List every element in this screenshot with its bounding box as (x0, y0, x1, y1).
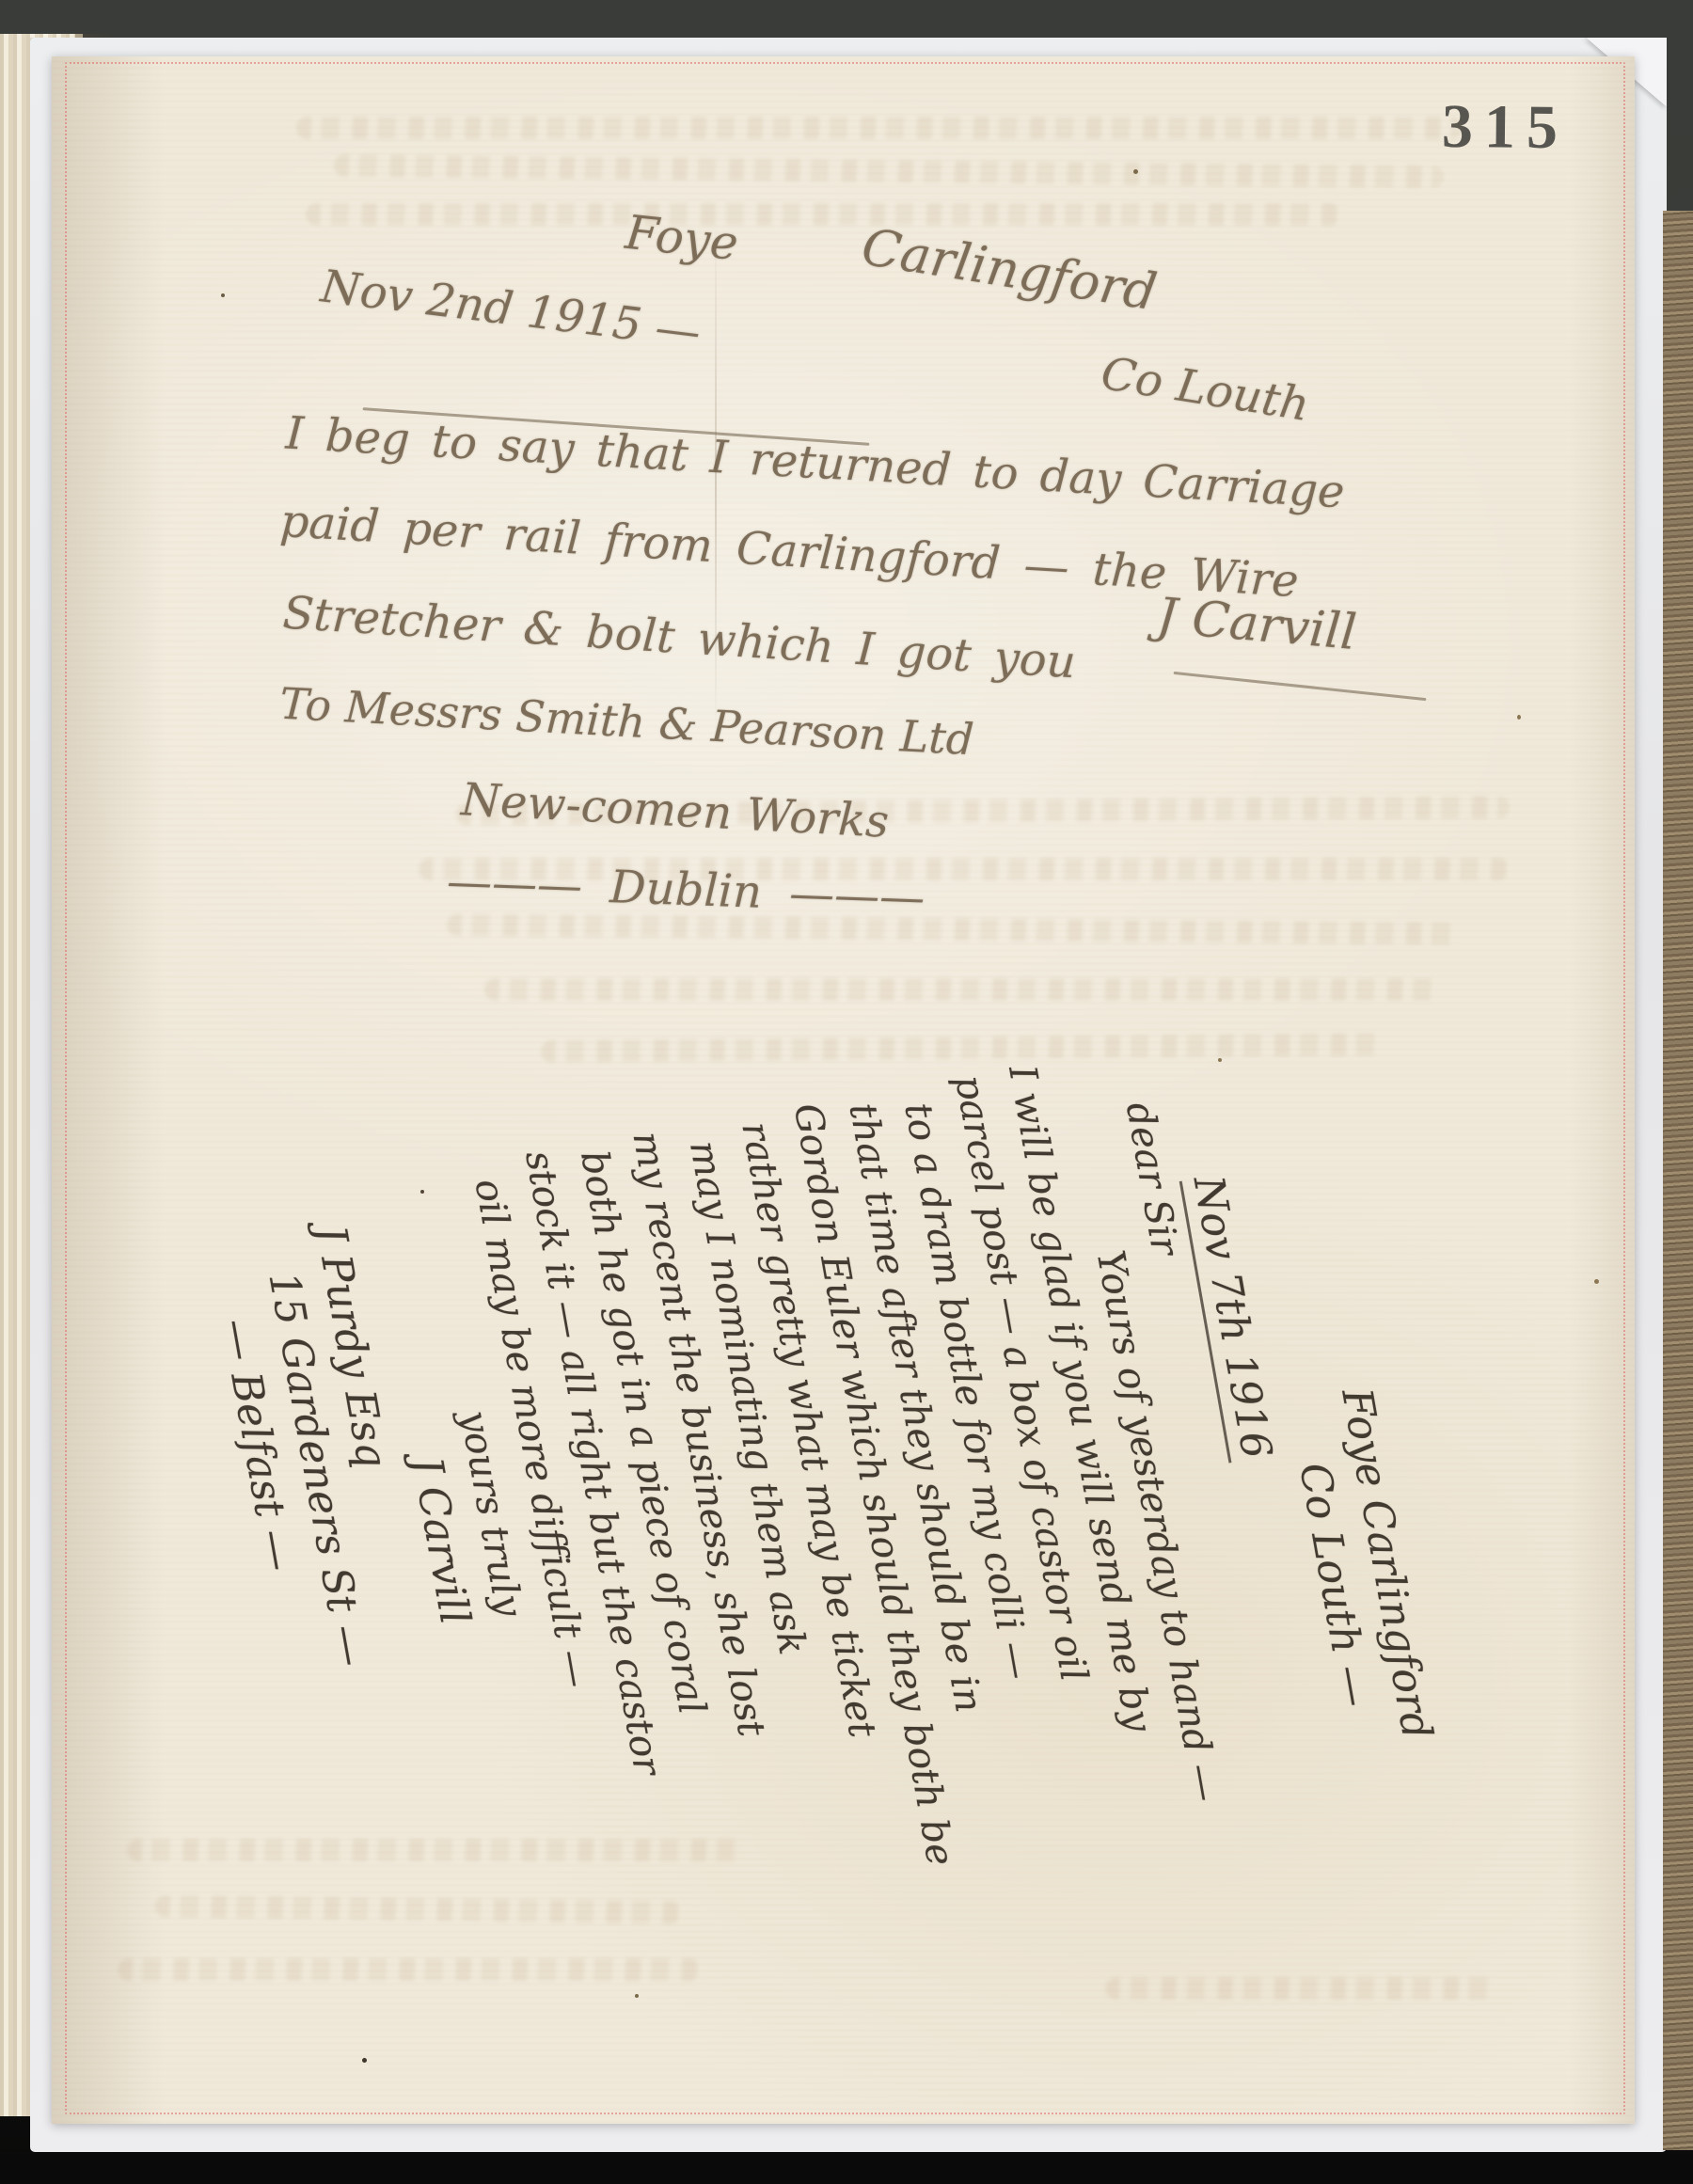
ghost-text (296, 117, 1463, 139)
letter-line: Foye (623, 205, 740, 271)
top-letter-place-line: Foye (624, 209, 740, 267)
paper-speck (362, 2058, 367, 2063)
paper-speck (1517, 715, 1521, 720)
paper-speck (1594, 1279, 1599, 1284)
paper-speck (221, 293, 225, 297)
book-fore-edge (1663, 211, 1693, 2150)
page-number-stamp: 315 (1442, 91, 1650, 165)
paper-speck (1133, 169, 1138, 174)
rotated-letter: Foye Carlingford Co Louth — Nov 7th 1916… (189, 1014, 1479, 2129)
photo-backdrop: 315 Foye Carlingford Co Louth Nov 2nd 19… (0, 0, 1693, 2184)
ghost-text (484, 978, 1444, 1001)
paper-speck (420, 1190, 424, 1194)
paper-speck (1218, 1058, 1222, 1062)
paper-speck (635, 1994, 639, 1998)
letterbook-page: 315 Foye Carlingford Co Louth Nov 2nd 19… (52, 56, 1635, 2124)
ghost-text (306, 203, 1340, 226)
